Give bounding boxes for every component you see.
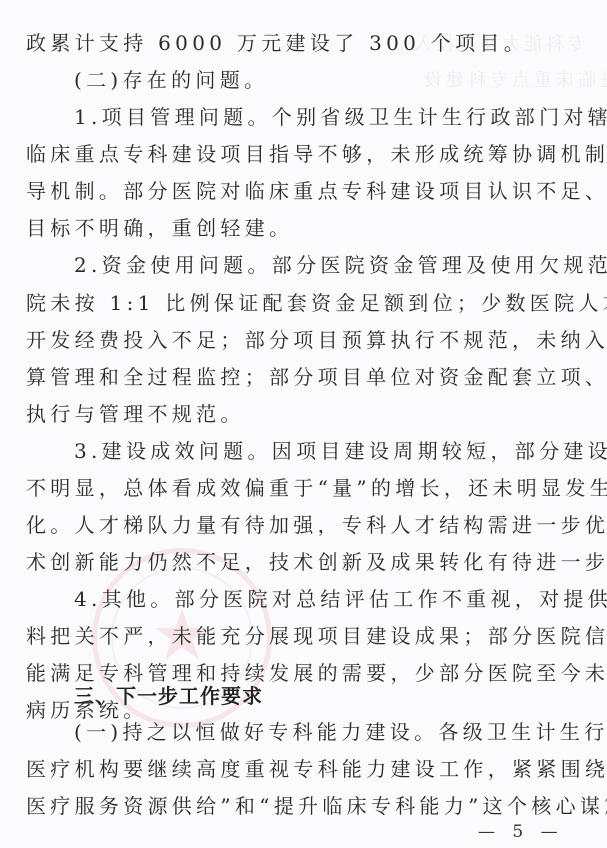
body-line: 能满足专科管理和持续发展的需要，少部分医院至今未建立电子 (26, 661, 566, 685)
paragraph-start: 2.资金使用问题。部分医院资金管理及使用欠规范，有的医 (74, 253, 566, 277)
paragraph-start: (一)持之以恒做好专科能力建设。各级卫生计生行政部门和 (74, 720, 566, 744)
body-line: 医疗服务资源供给”和“提升临床专科能力”这个核心谋篇布局，聚 (26, 794, 566, 818)
page-number: — 5 — (478, 822, 564, 842)
body-line: 术创新能力仍然不足，技术创新及成果转化有待进一步激发。 (26, 550, 566, 574)
body-line: 临床重点专科建设项目指导不够，未形成统筹协调机制和定期指 (26, 142, 566, 166)
body-line: 开发经费投入不足；部分项目预算执行不规范，未纳入医院全面预 (26, 328, 566, 352)
body-line: 不明显，总体看成效偏重于“量”的增长，还未明显发生“质”的变 (26, 476, 566, 500)
document-page: ★ 专科能力建设投入 持续推进临床重点专科建设 政累计支持 6000 万元建设了… (0, 0, 607, 848)
body-line: 料把关不严，未能充分展现项目建设成果；部分医院信息化水平不 (26, 624, 566, 648)
paragraph-start: 3.建设成效问题。因项目建设周期较短，部分建设项目产出 (74, 439, 566, 463)
body-line: 目标不明确，重创轻建。 (26, 216, 566, 240)
body-line: 院未按 1:1 比例保证配套资金足额到位；少数医院人才培养、技术 (26, 291, 566, 315)
body-line: 导机制。部分医院对临床重点专科建设项目认识不足、定位不清、 (26, 179, 566, 203)
body-line: 医疗机构要继续高度重视专科能力建设工作，紧紧围绕“增加优质 (26, 757, 566, 781)
paragraph-start: 4.其他。部分医院对总结评估工作不重视，对提供的评估资 (74, 587, 566, 611)
body-line: 执行与管理不规范。 (26, 402, 566, 426)
section-heading: 三、下一步工作要求 (74, 684, 566, 708)
subsection-heading: (二)存在的问题。 (74, 68, 566, 92)
body-line: 算管理和全过程监控；部分项目单位对资金配套立项、经费支出等 (26, 365, 566, 389)
body-line: 化。人才梯队力量有待加强，专科人才结构需进一步优化，医疗技 (26, 513, 566, 537)
body-line: 政累计支持 6000 万元建设了 300 个项目。 (26, 31, 566, 55)
paragraph-start: 1.项目管理问题。个别省级卫生计生行政部门对辖区内国家 (74, 105, 566, 129)
